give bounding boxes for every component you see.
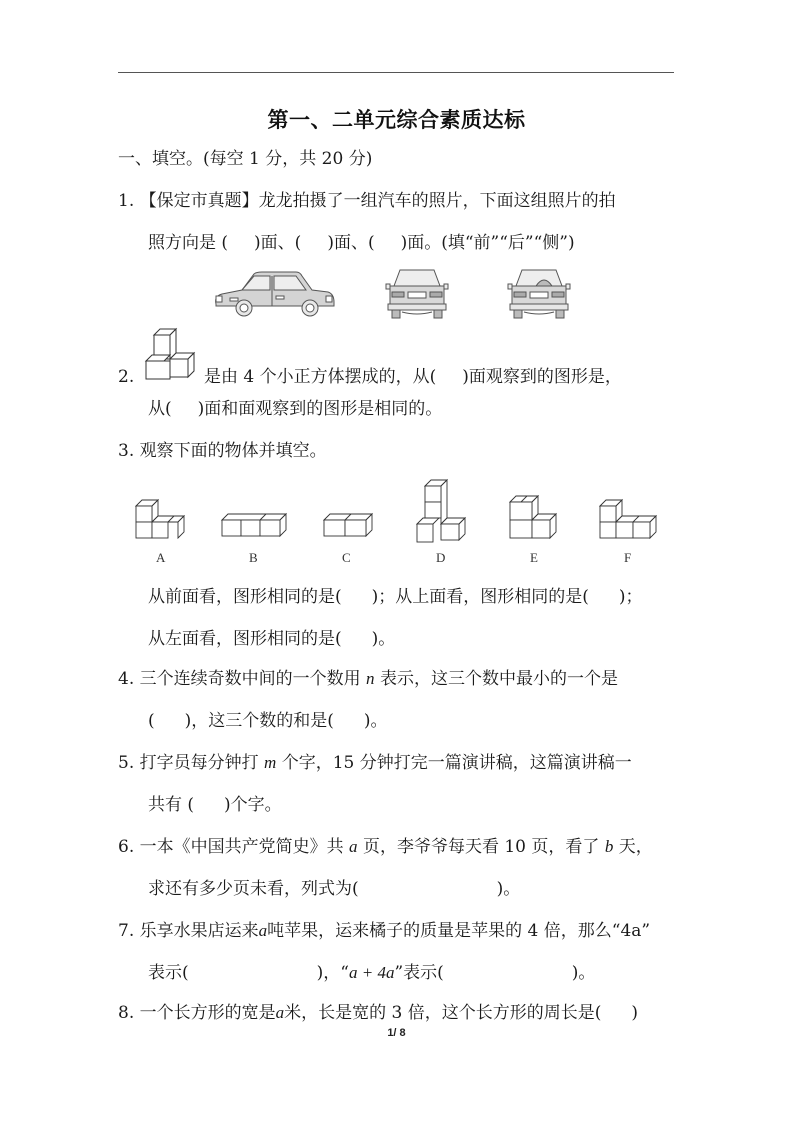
- question-number: 8.: [118, 1003, 134, 1023]
- question-3-line-2: 从前面看，图形相同的是()；从上面看，图形相同的是()；: [148, 586, 643, 608]
- question-3-line-1: 3. 观察下面的物体并填空。: [118, 440, 327, 462]
- question-5-line-1: 5. 打字员每分钟打 m 个字，15 分钟打完一篇演讲稿，这篇演讲稿一: [118, 752, 632, 774]
- question-text: 观察下面的物体并填空。: [140, 441, 327, 461]
- question-text: )面观察到的图形是，: [462, 367, 622, 387]
- question-1-line-2: 照方向是 ()面、()面、()面。(填“前”“后”“侧”): [148, 232, 575, 254]
- question-text: )。: [572, 963, 596, 983]
- question-text: 表示，这三个数中最小的一个是: [380, 669, 618, 689]
- question-number: 5.: [118, 753, 134, 773]
- question-text: 天，: [619, 837, 653, 857]
- question-text: 一本《中国共产党简史》共: [140, 837, 344, 857]
- question-4-line-2: ()，这三个数的和是()。: [148, 710, 388, 732]
- question-text: )面、(: [327, 233, 374, 253]
- figure-label-d: D: [436, 550, 445, 566]
- question-2-line-1: 是由 4 个小正方体摆成的，从()面观察到的图形是，: [204, 366, 622, 388]
- question-text: ): [631, 1003, 638, 1023]
- question-text: )；从上面看，图形相同的是(: [372, 587, 589, 607]
- question-number: 4.: [118, 669, 134, 689]
- question-3-line-3: 从左面看，图形相同的是()。: [148, 628, 395, 650]
- question-text: )面、(: [254, 233, 301, 253]
- question-4-line-1: 4. 三个连续奇数中间的一个数用 n 表示，这三个数中最小的一个是: [118, 668, 618, 690]
- question-2-line-2: 从()面和面观察到的图形是相同的。: [148, 398, 442, 420]
- question-text: 打字员每分钟打: [140, 753, 259, 773]
- question-5-line-2: 共有 ()个字。: [148, 794, 282, 816]
- question-text: )面。(填“前”“后”“侧”): [401, 233, 575, 253]
- cube-figure-d: [415, 478, 469, 544]
- question-text: )；: [619, 587, 643, 607]
- cube-figure-b: [220, 512, 290, 542]
- four-cube-figure: [144, 327, 206, 381]
- question-6-line-1: 6. 一本《中国共产党简史》共 a 页，李爷爷每天看 10 页，看了 b 天，: [118, 836, 653, 858]
- question-text: ”表示(: [394, 963, 443, 983]
- question-text: 共有 (: [148, 795, 194, 815]
- question-8-line-1: 8. 一个长方形的宽是a米，长是宽的 3 倍，这个长方形的周长是(): [118, 1002, 638, 1024]
- variable: n: [366, 669, 375, 688]
- cube-figure-e: [508, 494, 562, 542]
- question-number: 6.: [118, 837, 134, 857]
- variable: a: [259, 921, 268, 940]
- figure-label-a: A: [156, 550, 165, 566]
- question-text: 乐享水果店运来: [140, 921, 259, 941]
- section-heading: 一、填空。(每空 1 分，共 20 分): [118, 148, 372, 170]
- question-text: )。: [364, 711, 388, 731]
- question-text: 从(: [148, 399, 172, 419]
- header-rule: [118, 72, 674, 73]
- question-6-line-2: 求还有多少页未看，列式为()。: [148, 878, 520, 900]
- variable: m: [264, 753, 276, 772]
- car-rear-view-image: [386, 268, 448, 320]
- car-rear-view-spare-tire-image: [508, 268, 570, 320]
- question-text: )。: [372, 629, 396, 649]
- cube-figure-c: [322, 512, 376, 542]
- question-text: 表示(: [148, 963, 189, 983]
- figure-label-b: B: [249, 550, 258, 566]
- question-text: 个字，15 分钟打完一篇演讲稿，这篇演讲稿一: [282, 753, 632, 773]
- question-text: 从左面看，图形相同的是(: [148, 629, 342, 649]
- question-7-line-2: 表示()，“a + 4a”表示()。: [148, 962, 595, 984]
- question-text: )个字。: [224, 795, 282, 815]
- question-text: 【保定市真题】龙龙拍摄了一组汽车的照片，下面这组照片的拍: [140, 191, 616, 211]
- question-text: (: [148, 711, 155, 731]
- question-text: 求还有多少页未看，列式为(: [148, 879, 359, 899]
- question-number: 1.: [118, 191, 134, 211]
- question-text: 照方向是 (: [148, 233, 228, 253]
- question-text: 米，长是宽的 3 倍，这个长方形的周长是(: [284, 1003, 601, 1023]
- figure-label-c: C: [342, 550, 351, 566]
- question-2-number: 2.: [118, 366, 134, 388]
- question-text: 吨苹果，运来橘子的质量是苹果的 4 倍，那么“4a”: [267, 921, 650, 941]
- question-number: 3.: [118, 441, 134, 461]
- question-text: )，“: [317, 963, 349, 983]
- page-title: 第一、二单元综合素质达标: [0, 104, 793, 134]
- question-1-line-1: 1. 【保定市真题】龙龙拍摄了一组汽车的照片，下面这组照片的拍: [118, 190, 616, 212]
- figure-label-f: F: [624, 550, 631, 566]
- expression: a + 4a: [349, 963, 394, 982]
- question-text: )，这三个数的和是(: [185, 711, 334, 731]
- question-7-line-1: 7. 乐享水果店运来a吨苹果，运来橘子的质量是苹果的 4 倍，那么“4a”: [118, 920, 650, 942]
- question-text: 一个长方形的宽是: [140, 1003, 276, 1023]
- cube-figure-a: [134, 498, 188, 542]
- question-text: )。: [497, 879, 521, 899]
- variable: a: [276, 1003, 285, 1022]
- question-text: 页，李爷爷每天看 10 页，看了: [363, 837, 599, 857]
- question-text: )面和面观察到的图形是相同的。: [198, 399, 443, 419]
- variable: a: [349, 837, 358, 856]
- figure-label-e: E: [530, 550, 538, 566]
- page-indicator: 1/ 8: [0, 1027, 793, 1039]
- question-text: 是由 4 个小正方体摆成的，从(: [204, 367, 436, 387]
- question-text: 从前面看，图形相同的是(: [148, 587, 342, 607]
- variable: b: [605, 837, 614, 856]
- question-text: 三个连续奇数中间的一个数用: [140, 669, 361, 689]
- cube-figure-f: [598, 498, 660, 542]
- question-number: 7.: [118, 921, 134, 941]
- car-side-view-image: [212, 268, 336, 318]
